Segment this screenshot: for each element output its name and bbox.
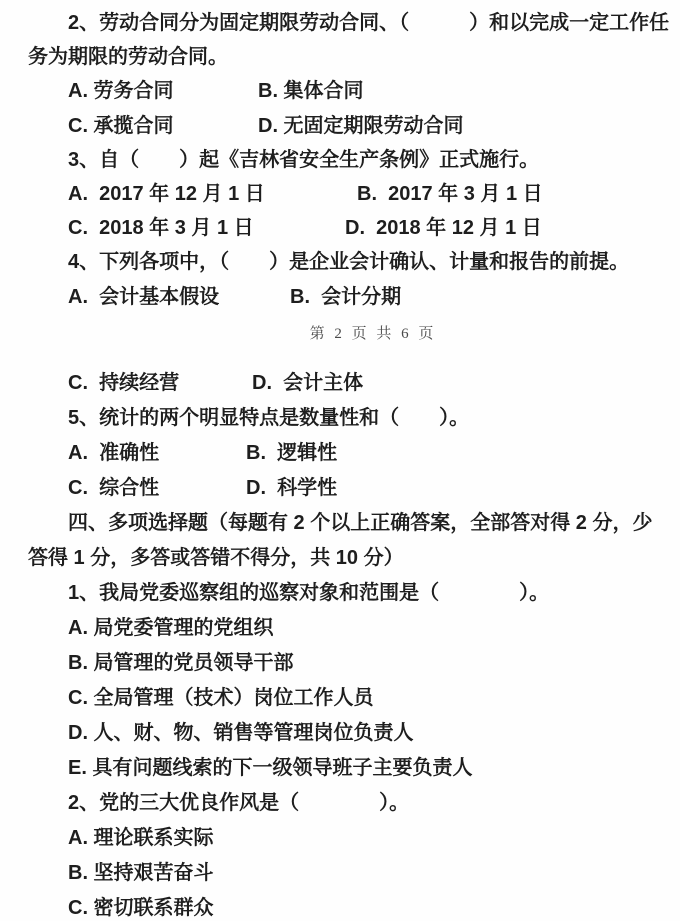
section-4-header-line-1: 四、多项选择题（每题有 2 个以上正确答案，全部答对得 2 分，少 <box>28 506 674 541</box>
question-5-line: 5、统计的两个明显特点是数量性和（ ）。 <box>28 401 674 436</box>
option-a: A. 会计基本假设 <box>68 280 290 314</box>
exam-document-page: 2、劳动合同分为固定期限劳动合同、（ ）和以完成一定工作任 务为期限的劳动合同。… <box>0 0 680 921</box>
option-d: D. 会计主体 <box>252 366 363 401</box>
question-3-line: 3、自（ ）起《吉林省安全生产条例》正式施行。 <box>28 143 674 177</box>
multi-question-2-option-a: A. 理论联系实际 <box>28 821 674 856</box>
multi-question-1-option-b: B. 局管理的党员领导干部 <box>28 646 674 681</box>
option-b: B. 会计分期 <box>290 280 401 314</box>
section-4-header-line-2: 答得 1 分，多答或答错不得分，共 10 分） <box>28 541 674 576</box>
page-number: 第 2 页 共 6 页 <box>50 322 680 346</box>
question-4-line: 4、下列各项中，（ ）是企业会计确认、计量和报告的前提。 <box>28 245 674 279</box>
page-body-lower: C. 持续经营 D. 会计主体 5、统计的两个明显特点是数量性和（ ）。 A. … <box>28 366 674 921</box>
multi-question-2-option-b: B. 坚持艰苦奋斗 <box>28 856 674 891</box>
multi-question-2-option-c: C. 密切联系群众 <box>28 891 674 921</box>
question-5-options-cd: C. 综合性 D. 科学性 <box>28 471 674 506</box>
question-3-options-ab: A. 2017 年 12 月 1 日 B. 2017 年 3 月 1 日 <box>28 177 674 211</box>
multi-question-1-option-c: C. 全局管理（技术）岗位工作人员 <box>28 681 674 716</box>
question-5-options-ab: A. 准确性 B. 逻辑性 <box>28 436 674 471</box>
multi-question-1-option-e: E. 具有问题线索的下一级领导班子主要负责人 <box>28 751 674 786</box>
question-4-options-ab: A. 会计基本假设 B. 会计分期 <box>28 280 674 314</box>
option-c: C. 持续经营 <box>68 366 252 401</box>
option-b: B. 逻辑性 <box>246 436 337 471</box>
question-2-line-2: 务为期限的劳动合同。 <box>28 40 674 74</box>
question-2-options-cd: C. 承揽合同 D. 无固定期限劳动合同 <box>28 109 674 143</box>
multi-question-1-line: 1、我局党委巡察组的巡察对象和范围是（ ）。 <box>28 576 674 611</box>
option-c: C. 2018 年 3 月 1 日 <box>68 211 345 245</box>
multi-question-2-line: 2、党的三大优良作风是（ ）。 <box>28 786 674 821</box>
question-2-line-1: 2、劳动合同分为固定期限劳动合同、（ ）和以完成一定工作任 <box>28 6 674 40</box>
question-4-options-cd: C. 持续经营 D. 会计主体 <box>28 366 674 401</box>
multi-question-1-option-a: A. 局党委管理的党组织 <box>28 611 674 646</box>
option-b: B. 集体合同 <box>258 74 364 108</box>
option-a: A. 劳务合同 <box>68 74 258 108</box>
option-a: A. 2017 年 12 月 1 日 <box>68 177 357 211</box>
option-a: A. 准确性 <box>68 436 246 471</box>
question-3-options-cd: C. 2018 年 3 月 1 日 D. 2018 年 12 月 1 日 <box>28 211 674 245</box>
option-b: B. 2017 年 3 月 1 日 <box>357 177 543 211</box>
multi-question-1-option-d: D. 人、财、物、销售等管理岗位负责人 <box>28 716 674 751</box>
option-d: D. 科学性 <box>246 471 337 506</box>
option-d: D. 无固定期限劳动合同 <box>258 109 464 143</box>
question-2-options-ab: A. 劳务合同 B. 集体合同 <box>28 74 674 108</box>
page-body-upper: 2、劳动合同分为固定期限劳动合同、（ ）和以完成一定工作任 务为期限的劳动合同。… <box>28 6 674 314</box>
option-c: C. 承揽合同 <box>68 109 258 143</box>
option-d: D. 2018 年 12 月 1 日 <box>345 211 542 245</box>
option-c: C. 综合性 <box>68 471 246 506</box>
